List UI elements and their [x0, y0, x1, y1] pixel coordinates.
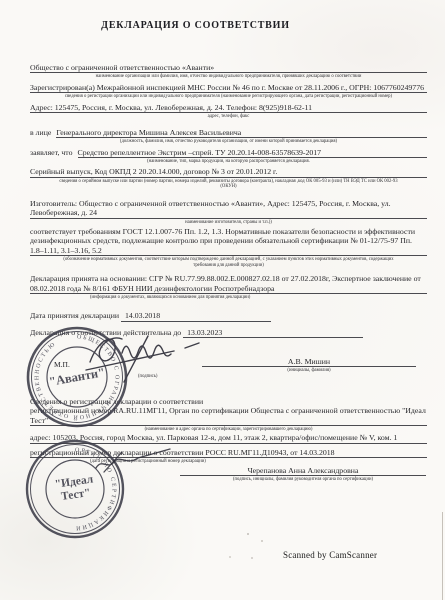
compliance-line: соответствует требованиям ГОСТ 12.1.007-…	[30, 227, 427, 256]
signer-note: (инициалы, фамилия)	[192, 368, 426, 373]
cert-head-block: Черепанова Анна Александровна (подпись, …	[180, 466, 426, 482]
manufacturer-line: Изготовитель: Общество с ограниченной от…	[30, 199, 427, 219]
representative-value: Генерального директора Мишина Алексея Ва…	[56, 128, 427, 138]
address-note: адрес, телефон, факс	[56, 114, 401, 120]
product-note: (наименование, тип, марка продукции, на …	[56, 159, 401, 165]
adoption-date-field: Дата принятия декларации 14.03.2018	[30, 311, 427, 321]
org-name-note: наименование организации или фамилия, им…	[56, 74, 401, 80]
batch-field: Серийный выпуск, Код ОКПД 2 20.20.14.000…	[30, 167, 427, 189]
org-name-line: Общество с ограниченной ответственностью…	[30, 63, 427, 73]
camscanner-credit: Scanned by CamScanner	[283, 550, 377, 560]
cert-head-name: Черепанова Анна Александровна	[180, 466, 426, 476]
batch-note: сведения о серийном выпуске или партии (…	[56, 179, 401, 190]
registration-field: Зарегистрирован(а) Межрайонной инспекцие…	[30, 83, 427, 100]
adoption-date-value: 14.03.2018	[121, 311, 271, 321]
avanti-stamp: ОБЩЕСТВО С ОГРАНИЧЕННОЙ ОТВЕТСТВЕННОСТЬЮ…	[24, 324, 130, 430]
basis-note: (информация о документах, являющихся осн…	[90, 295, 427, 301]
document-title: ДЕКЛАРАЦИЯ О СООТВЕТСТВИИ	[0, 20, 394, 31]
scanned-document-page: ДЕКЛАРАЦИЯ О СООТВЕТСТВИИ Общество с огр…	[0, 0, 445, 600]
basis-line: Декларация принята на основании: СГР № R…	[30, 274, 427, 294]
page-edge-shadow	[442, 512, 443, 600]
adoption-date-label: Дата принятия декларации	[30, 311, 119, 320]
registrar-signature	[92, 446, 178, 476]
representative-note: (должность, фамилия, имя, отчество руков…	[30, 139, 427, 145]
representative-prefix: в лице	[30, 128, 51, 138]
address-line: Адрес: 125475, Россия, г. Москва, ул. Ле…	[30, 103, 427, 113]
scan-specks	[247, 533, 249, 535]
org-name-field: Общество с ограниченной ответственностью…	[30, 63, 427, 80]
batch-line: Серийный выпуск, Код ОКПД 2 20.20.14.000…	[30, 167, 427, 177]
avanti-stamp-center-text: "Аванти"	[48, 365, 106, 389]
registration-note: сведения о регистрации организации или и…	[56, 94, 401, 100]
signer-name: А.В. Мишин	[202, 357, 416, 367]
basis-field: Декларация принята на основании: СГР № R…	[30, 274, 427, 300]
product-value: Средство репеллентное Экстрим –спрей. ТУ…	[78, 148, 428, 158]
product-field: заявляет, что Средство репеллентное Экст…	[30, 148, 427, 165]
registration-line: Зарегистрирован(а) Межрайонной инспекцие…	[30, 83, 427, 93]
product-prefix: заявляет, что	[30, 148, 73, 158]
manufacturer-note: наименование изготовителя, страны и т.п.…	[56, 220, 401, 226]
representative-field: в лице Генерального директора Мишина Але…	[30, 128, 427, 145]
address-field: Адрес: 125475, Россия, г. Москва, ул. Ле…	[30, 103, 427, 120]
cert-head-note: (подпись, инициалы, фамилия руководителя…	[180, 477, 426, 482]
compliance-note: (обозначение нормативных документов, соо…	[56, 257, 401, 268]
compliance-field: соответствует требованиям ГОСТ 12.1.007-…	[30, 227, 427, 268]
manufacturer-field: Изготовитель: Общество с ограниченной от…	[30, 199, 427, 225]
signer-block: А.В. Мишин (инициалы, фамилия)	[192, 357, 426, 373]
